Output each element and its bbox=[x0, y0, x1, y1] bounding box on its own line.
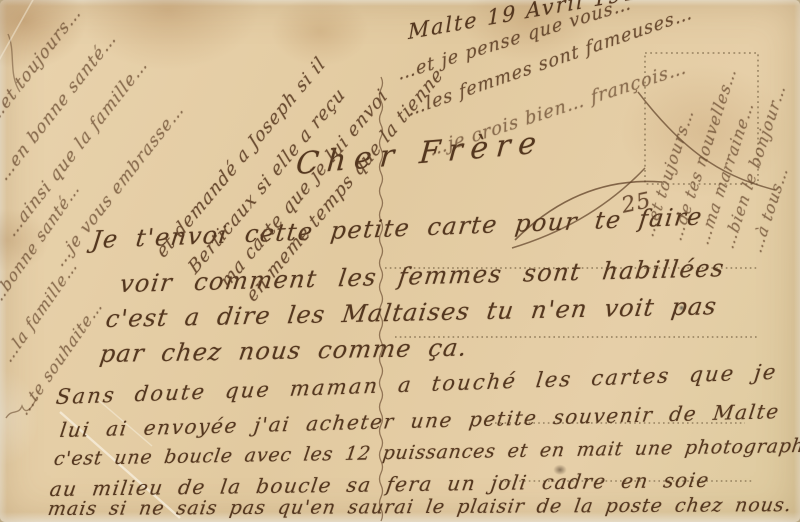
body-line: par chez nous comme ça. bbox=[98, 336, 469, 366]
postcard-back: Malte 19 Avril 1915 Cher Frère 25 Je t'e… bbox=[0, 0, 800, 522]
body-line: mais si ne sais pas qu'en saurai le plai… bbox=[47, 496, 794, 519]
crease-corner bbox=[0, 0, 34, 62]
